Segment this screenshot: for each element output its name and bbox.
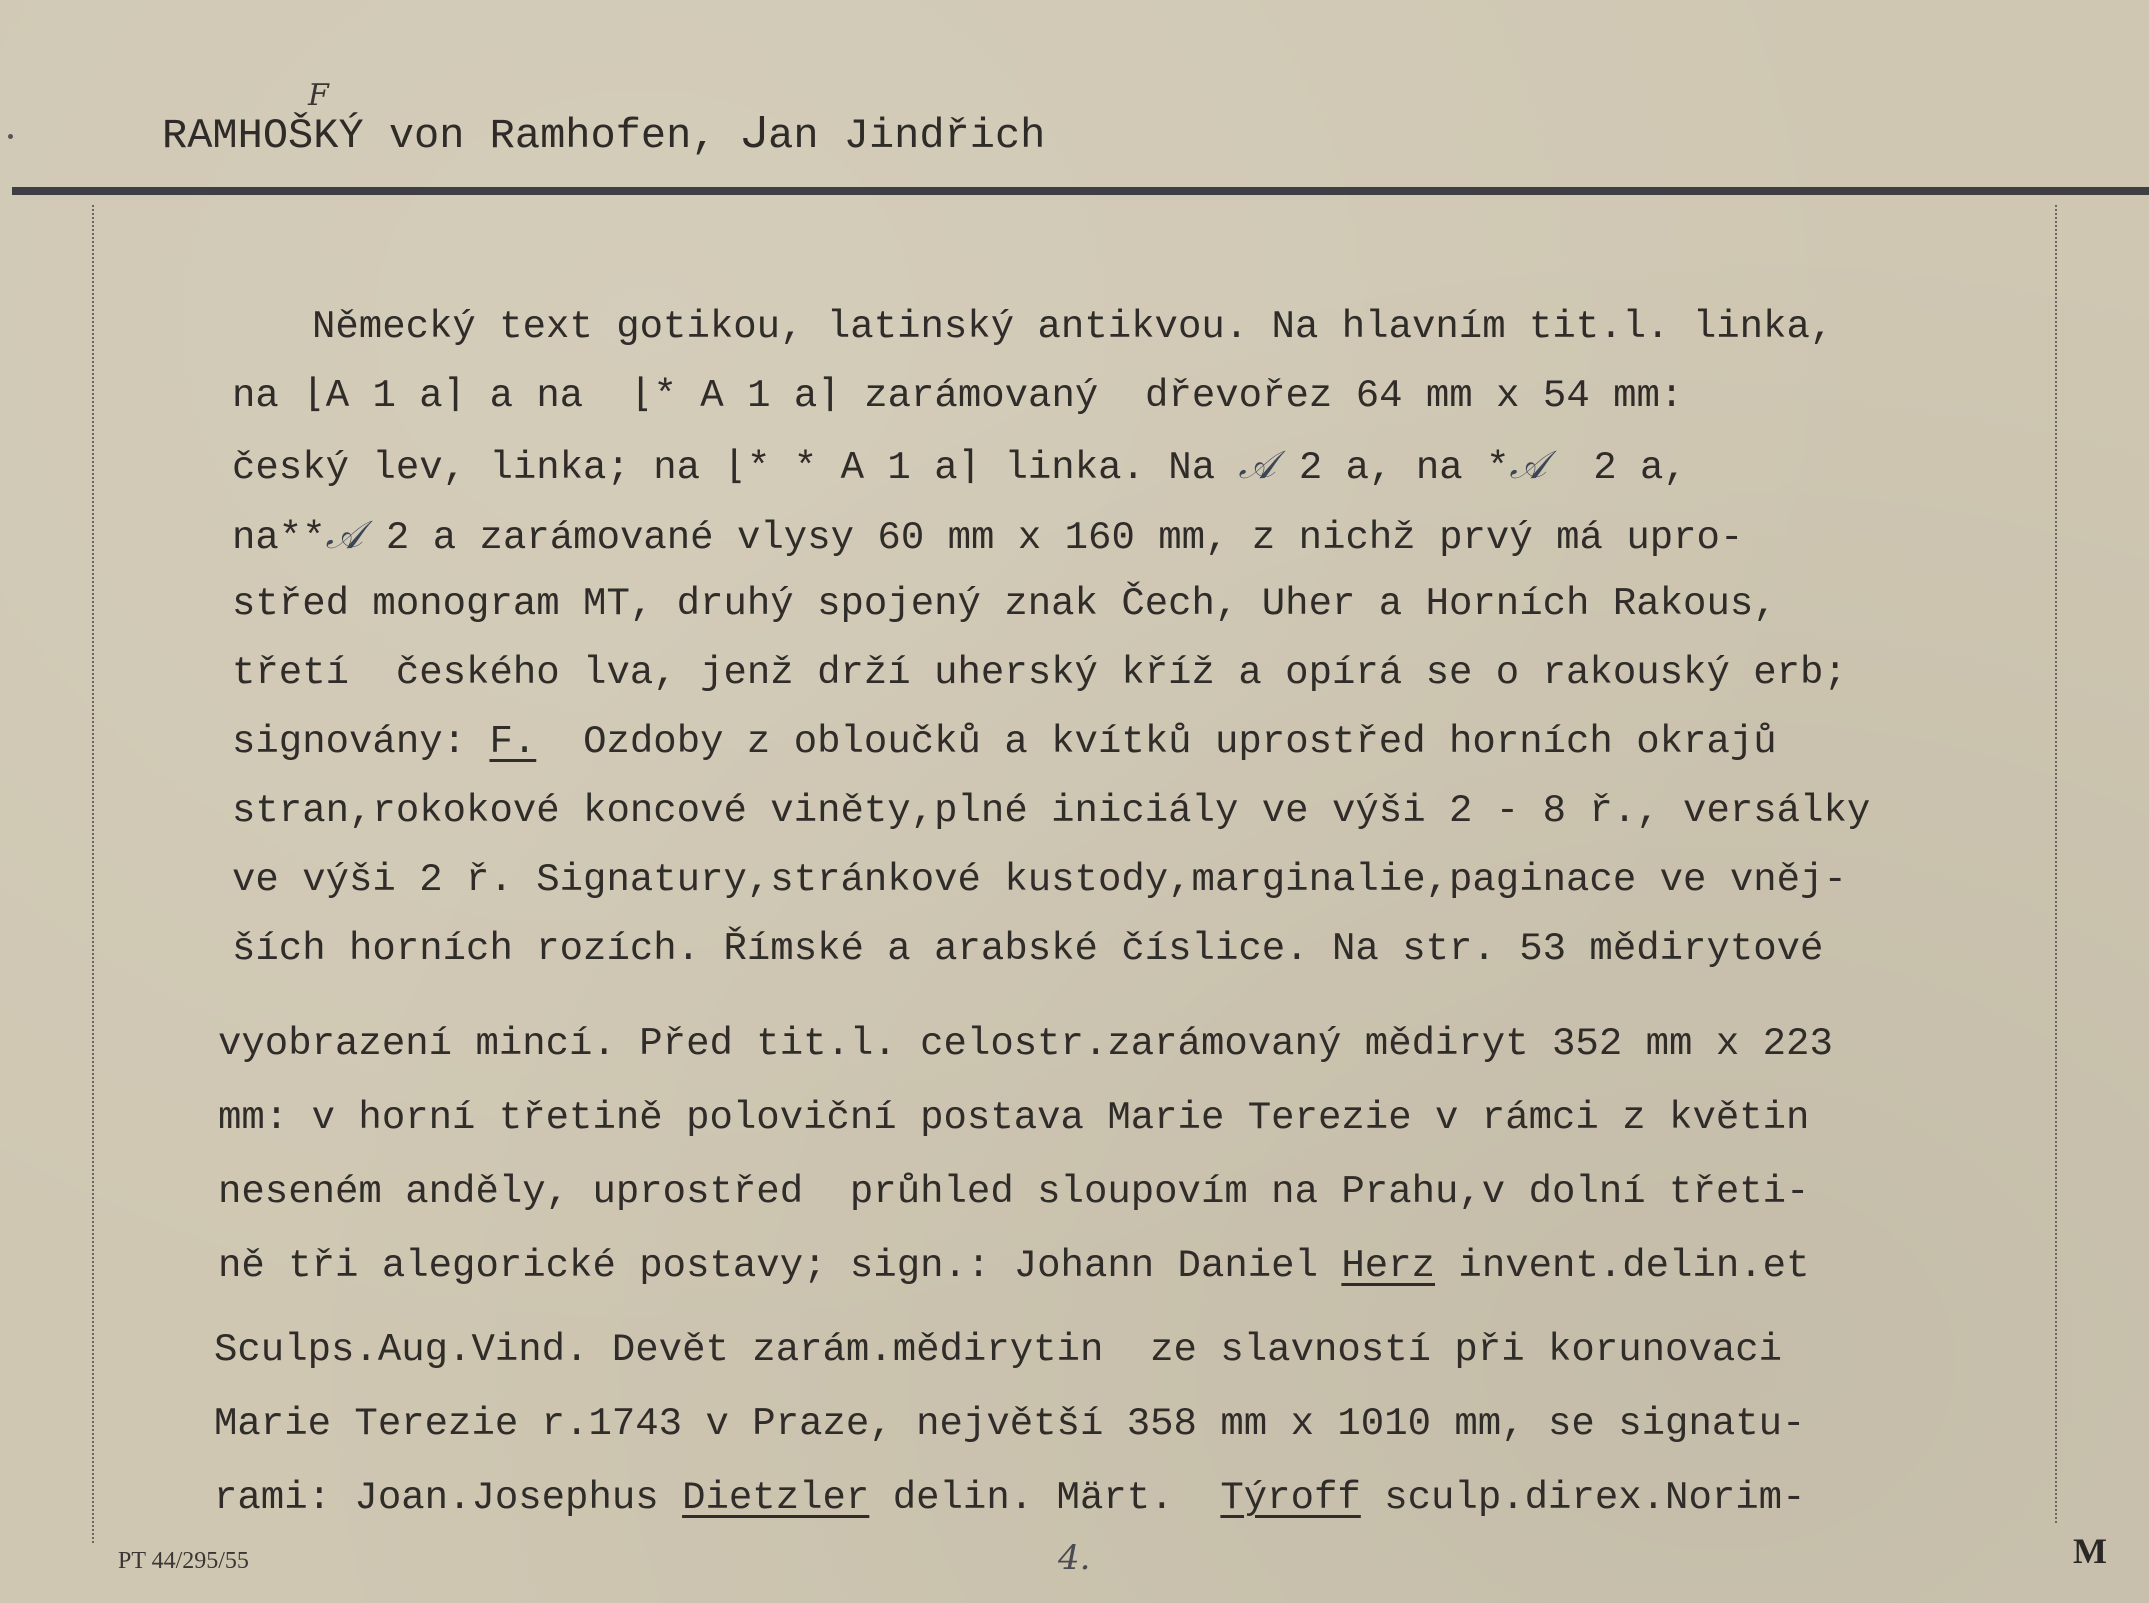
text-line: neseném anděly, uprostřed průhled sloupo… (218, 1173, 1809, 1212)
underlined-name: Týroff (1220, 1476, 1360, 1520)
text-line: Německý text gotikou, latinský antikvou.… (312, 308, 1833, 347)
handwritten-page-number: 4. (1058, 1538, 1090, 1578)
text-line: střed monogram MT, druhý spojený znak Če… (232, 585, 1777, 624)
text-line: rami: Joan.Josephus Dietzler delin. Märt… (214, 1479, 1806, 1518)
corner-mark: M (2073, 1530, 2107, 1572)
text-line: mm: v horní třetině poloviční postava Ma… (218, 1099, 1809, 1138)
catalog-code: PT 44/295/55 (118, 1548, 249, 1575)
text-line: ších horních rozích. Římské a arabské čí… (232, 930, 1823, 969)
underlined-name: F. (489, 720, 536, 764)
underlined-name: Dietzler (682, 1476, 869, 1520)
text-line: třetí českého lva, jenž drží uherský kří… (232, 654, 1847, 693)
catalog-card: RAMHOŠKÝ von Ramhofen, ᒍan Jindřich F Ně… (0, 0, 2149, 1603)
text-line: ně tři alegorické postavy; sign.: Johann… (218, 1247, 1809, 1286)
text-line: Marie Terezie r.1743 v Praze, největší 3… (214, 1405, 1805, 1444)
text-line: vyobrazení mincí. Před tit.l. celostr.za… (218, 1025, 1833, 1064)
text-line: ve výši 2 ř. Signatury,stránkové kustody… (232, 861, 1847, 900)
handwritten-signature-mark: 𝒜 (1239, 443, 1276, 488)
text-line: český lev, linka; na ⌊* * A 1 a⌉ linka. … (232, 446, 1687, 488)
text-line: na**𝒜 2 a zarámované vlysy 60 mm x 160 m… (232, 516, 1743, 558)
underlined-name: Herz (1341, 1244, 1435, 1288)
text-line: stran,rokokové koncové viněty,plné inici… (232, 792, 1870, 831)
text-line: Sculps.Aug.Vind. Devět zarám.mědirytin z… (214, 1331, 1782, 1370)
handwritten-signature-mark: 𝒜 (326, 513, 363, 558)
handwritten-signature-mark: 𝒜 (1509, 443, 1546, 488)
text-line: na ⌊A 1 a⌉ a na ⌊* A 1 a⌉ zarámovaný dře… (232, 377, 1683, 416)
text-line: signovány: F. Ozdoby z obloučků a kvítků… (232, 723, 1777, 762)
description-text: Německý text gotikou, latinský antikvou.… (0, 0, 2149, 1603)
